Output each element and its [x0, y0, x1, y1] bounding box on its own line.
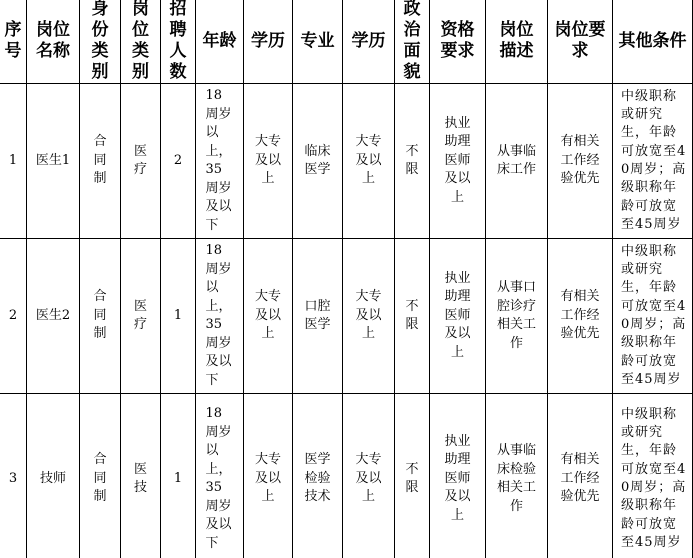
cell-education: 大专及以上 [244, 239, 293, 394]
cell-recruit-count: 2 [161, 84, 196, 239]
header-other: 其他条件 [613, 0, 693, 84]
cell-age: 18周岁以上，35周岁及以下 [196, 239, 244, 394]
cell-degree: 大专及以上 [343, 394, 395, 558]
cell-age: 18周岁以上，35周岁及以下 [196, 84, 244, 239]
cell-education: 大专及以上 [244, 84, 293, 239]
cell-major: 口腔医学 [293, 239, 343, 394]
cell-requirement: 有相关工作经验优先 [548, 84, 613, 239]
cell-other: 中级职称或研究生，年龄可放宽至40周岁；高级职称年龄可放宽至45周岁 [613, 84, 693, 239]
cell-political-status: 不限 [395, 84, 430, 239]
table-row: 2 医生2 合同制 医疗 1 18周岁以上，35周岁及以下 大专及以上 口腔医学… [0, 239, 693, 394]
header-age: 年龄 [196, 0, 244, 84]
cell-identity-type: 合同制 [80, 84, 121, 239]
cell-seq: 1 [0, 84, 27, 239]
header-identity-type: 身份类别 [80, 0, 121, 84]
cell-seq: 3 [0, 394, 27, 558]
cell-political-status: 不限 [395, 239, 430, 394]
header-position-type: 岗位类别 [121, 0, 161, 84]
cell-position-type: 医技 [121, 394, 161, 558]
cell-position-name: 医生2 [27, 239, 80, 394]
cell-degree: 大专及以上 [343, 84, 395, 239]
cell-requirement: 有相关工作经验优先 [548, 394, 613, 558]
cell-seq: 2 [0, 239, 27, 394]
cell-other: 中级职称或研究生，年龄可放宽至40周岁；高级职称年龄可放宽至45周岁 [613, 239, 693, 394]
header-qualification: 资格要求 [430, 0, 486, 84]
header-description: 岗位描述 [486, 0, 548, 84]
cell-position-type: 医疗 [121, 239, 161, 394]
cell-description: 从事临床工作 [486, 84, 548, 239]
cell-identity-type: 合同制 [80, 239, 121, 394]
cell-major: 医学检验技术 [293, 394, 343, 558]
cell-degree: 大专及以上 [343, 239, 395, 394]
cell-identity-type: 合同制 [80, 394, 121, 558]
header-education: 学历 [244, 0, 293, 84]
header-major: 专业 [293, 0, 343, 84]
recruitment-table: 序号 岗位名称 身份类别 岗位类别 招聘人数 年龄 学历 专业 学历 政治面貌 … [0, 0, 693, 558]
header-political-status: 政治面貌 [395, 0, 430, 84]
cell-qualification: 执业助理医师及以上 [430, 84, 486, 239]
cell-qualification: 执业助理医师及以上 [430, 239, 486, 394]
cell-description: 从事临床检验相关工作 [486, 394, 548, 558]
header-recruit-count: 招聘人数 [161, 0, 196, 84]
cell-major: 临床医学 [293, 84, 343, 239]
cell-education: 大专及以上 [244, 394, 293, 558]
cell-other: 中级职称或研究生，年龄可放宽至40周岁；高级职称年龄可放宽至45周岁 [613, 394, 693, 558]
cell-recruit-count: 1 [161, 239, 196, 394]
header-position-name: 岗位名称 [27, 0, 80, 84]
table-row: 1 医生1 合同制 医疗 2 18周岁以上，35周岁及以下 大专及以上 临床医学… [0, 84, 693, 239]
cell-age: 18周岁以上，35周岁及以下 [196, 394, 244, 558]
header-degree: 学历 [343, 0, 395, 84]
cell-position-name: 技师 [27, 394, 80, 558]
cell-position-type: 医疗 [121, 84, 161, 239]
cell-recruit-count: 1 [161, 394, 196, 558]
cell-requirement: 有相关工作经验优先 [548, 239, 613, 394]
header-requirement: 岗位要求 [548, 0, 613, 84]
cell-description: 从事口腔诊疗相关工作 [486, 239, 548, 394]
table-row: 3 技师 合同制 医技 1 18周岁以上，35周岁及以下 大专及以上 医学检验技… [0, 394, 693, 558]
cell-political-status: 不限 [395, 394, 430, 558]
header-seq: 序号 [0, 0, 27, 84]
cell-position-name: 医生1 [27, 84, 80, 239]
header-row: 序号 岗位名称 身份类别 岗位类别 招聘人数 年龄 学历 专业 学历 政治面貌 … [0, 0, 693, 84]
cell-qualification: 执业助理医师及以上 [430, 394, 486, 558]
